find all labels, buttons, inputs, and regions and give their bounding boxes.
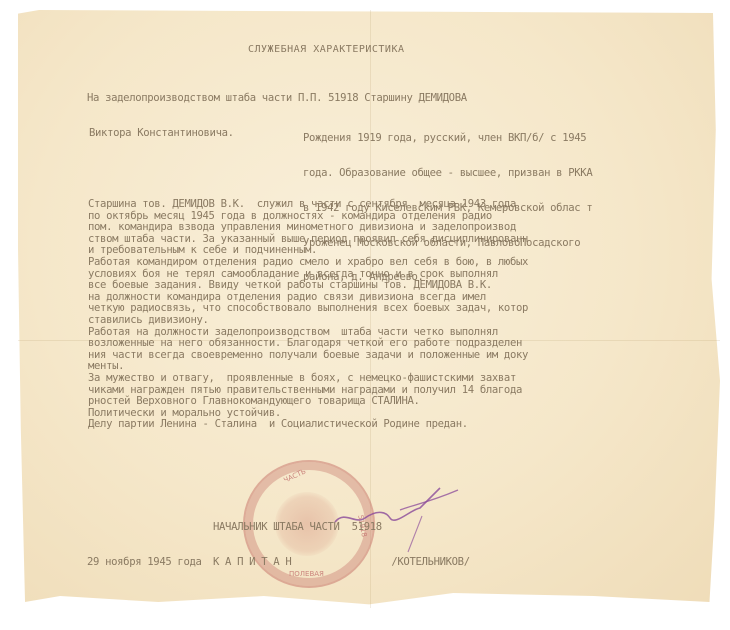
stamp-top-text: ЧАСТЬ (282, 467, 307, 484)
addressee-line: На заделопроизводством штаба части П.П. … (87, 93, 467, 105)
body-line: ставились дивизиону. (88, 315, 528, 327)
body-line: все боевые задания. Ввиду четкой работы … (88, 280, 528, 292)
document-title: СЛУЖЕБНАЯ ХАРАКТЕРИСТИКА (248, 44, 405, 55)
body-line: ния части всегда своевременно получали б… (88, 350, 528, 362)
body-line: Старшина тов. ДЕМИДОВ В.К. служил в част… (88, 199, 528, 211)
body-text: Старшина тов. ДЕМИДОВ В.К. служил в част… (88, 199, 528, 431)
body-line: Работая командиром отделения радио смело… (88, 257, 528, 269)
body-line: За мужество и отвагу, проявленные в боях… (88, 373, 528, 385)
body-line: рностей Верховного Главнокомандующего то… (88, 396, 528, 408)
body-line: возложенные на него обязанности. Благода… (88, 338, 528, 350)
signature-rank: К А П И Т А Н (213, 556, 291, 568)
handwritten-signature (330, 480, 470, 560)
bio-line: года. Образование общее - высшее, призва… (303, 168, 592, 180)
body-line: Делу партии Ленина - Сталина и Социалист… (88, 419, 528, 431)
bio-line: Рождения 1919 года, русский, член ВКП/б/… (303, 133, 592, 145)
document-date: 29 ноября 1945 года (87, 557, 202, 569)
